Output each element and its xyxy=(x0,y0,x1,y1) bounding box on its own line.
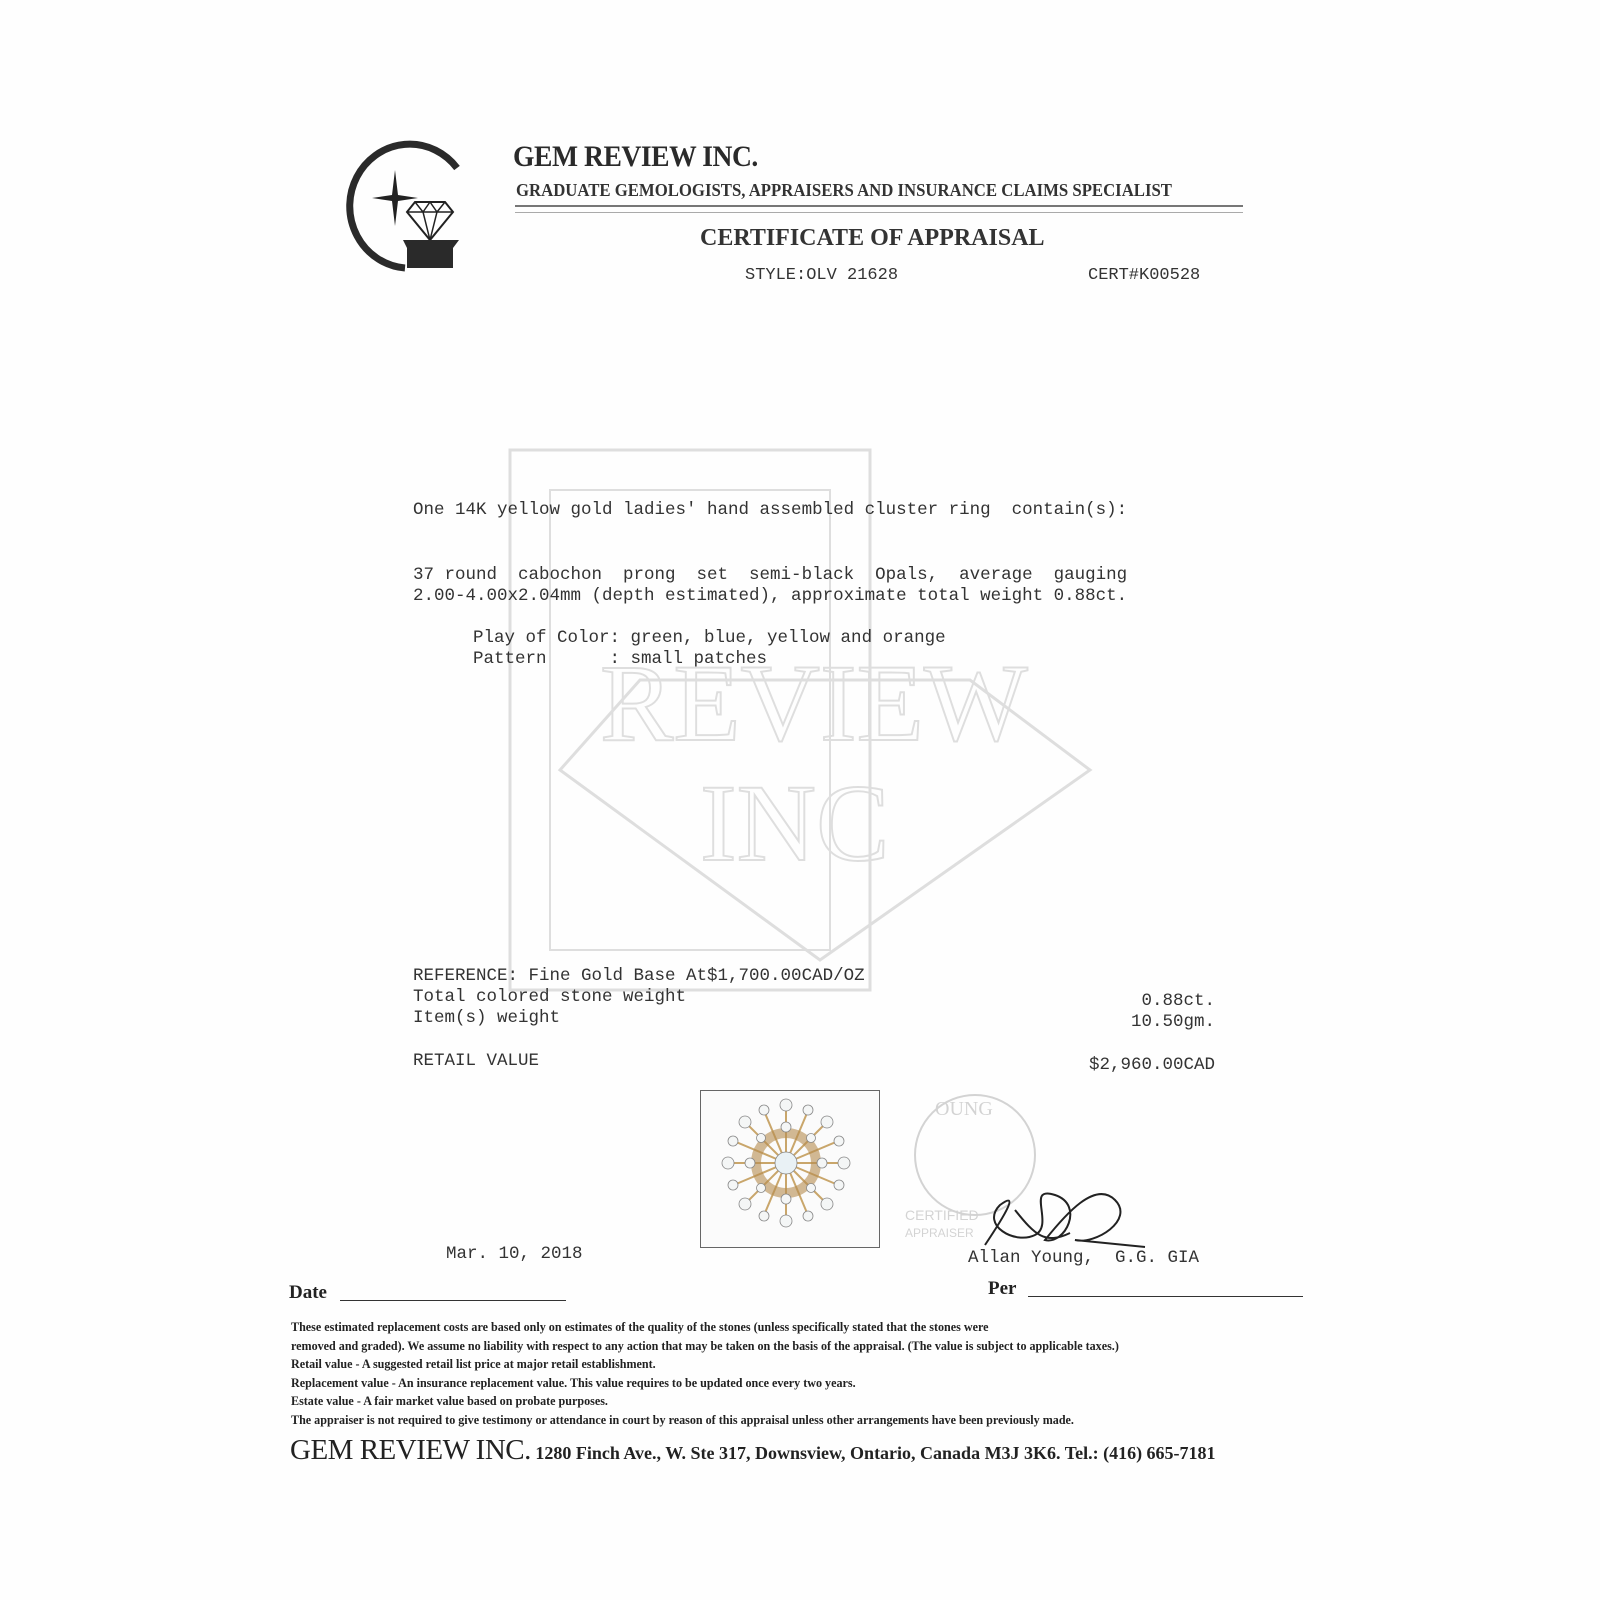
disclaimer-line: The appraiser is not required to give te… xyxy=(291,1411,1119,1430)
ring-image-icon xyxy=(701,1091,879,1247)
svg-text:CERTIFIED: CERTIFIED xyxy=(905,1207,979,1223)
pattern: Pattern : small patches xyxy=(473,649,767,669)
disclaimer-line: removed and graded). We assume no liabil… xyxy=(291,1337,1119,1356)
retail-value: $2,960.00CAD xyxy=(915,1055,1215,1075)
footer-address: 1280 Finch Ave., W. Ste 317, Downsview, … xyxy=(531,1443,1216,1463)
disclaimer-line: Estate value - A fair market value based… xyxy=(291,1392,1119,1411)
signature-icon xyxy=(975,1185,1150,1255)
item-description: One 14K yellow gold ladies' hand assembl… xyxy=(413,500,1127,520)
gold-reference: REFERENCE: Fine Gold Base At$1,700.00CAD… xyxy=(413,966,865,986)
footer: GEM REVIEW INC. 1280 Finch Ave., W. Ste … xyxy=(290,1434,1216,1467)
play-of-color: Play of Color: green, blue, yellow and o… xyxy=(473,628,946,648)
watermark-diamond-icon: REVIEW INC xyxy=(490,440,1120,1000)
retail-value-label: RETAIL VALUE xyxy=(413,1051,539,1071)
header-divider xyxy=(515,205,1243,213)
stones-description-line1: 37 round cabochon prong set semi-black O… xyxy=(413,565,1127,585)
appraisal-certificate: GEM REVIEW INC. GRADUATE GEMOLOGISTS, AP… xyxy=(0,0,1600,1600)
company-tagline: GRADUATE GEMOLOGISTS, APPRAISERS AND INS… xyxy=(516,180,1172,201)
certificate-title: CERTIFICATE OF APPRAISAL xyxy=(700,225,1045,252)
date-label: Date xyxy=(289,1282,327,1304)
item-weight-label: Item(s) weight xyxy=(413,1008,560,1028)
svg-text:APPRAISER: APPRAISER xyxy=(905,1226,974,1240)
svg-text:OUNG: OUNG xyxy=(935,1098,993,1120)
disclaimer-line: Retail value - A suggested retail list p… xyxy=(291,1355,1119,1374)
date-underline xyxy=(340,1300,566,1301)
per-underline xyxy=(1028,1296,1303,1297)
item-weight-value: 10.50gm. xyxy=(915,1012,1215,1032)
disclaimer-line: These estimated replacement costs are ba… xyxy=(291,1318,1119,1337)
certificate-number: CERT#K00528 xyxy=(1088,266,1200,285)
svg-text:INC: INC xyxy=(700,762,889,884)
stones-description-line2: 2.00-4.00x2.04mm (depth estimated), appr… xyxy=(413,586,1127,606)
style-code: STYLE:OLV 21628 xyxy=(745,266,898,285)
ring-photo xyxy=(700,1090,880,1248)
disclaimer: These estimated replacement costs are ba… xyxy=(291,1318,1119,1429)
stone-weight-value: 0.88ct. xyxy=(915,991,1215,1011)
per-label: Per xyxy=(988,1278,1016,1300)
company-name: GEM REVIEW INC. xyxy=(513,140,758,174)
stone-weight-label: Total colored stone weight xyxy=(413,987,686,1007)
appraiser-name: Allan Young, G.G. GIA xyxy=(968,1248,1199,1268)
disclaimer-line: Replacement value - An insurance replace… xyxy=(291,1374,1119,1393)
gem-logo-icon xyxy=(345,140,465,275)
appraisal-date: Mar. 10, 2018 xyxy=(446,1244,583,1264)
footer-company: GEM REVIEW INC. xyxy=(290,1434,531,1466)
